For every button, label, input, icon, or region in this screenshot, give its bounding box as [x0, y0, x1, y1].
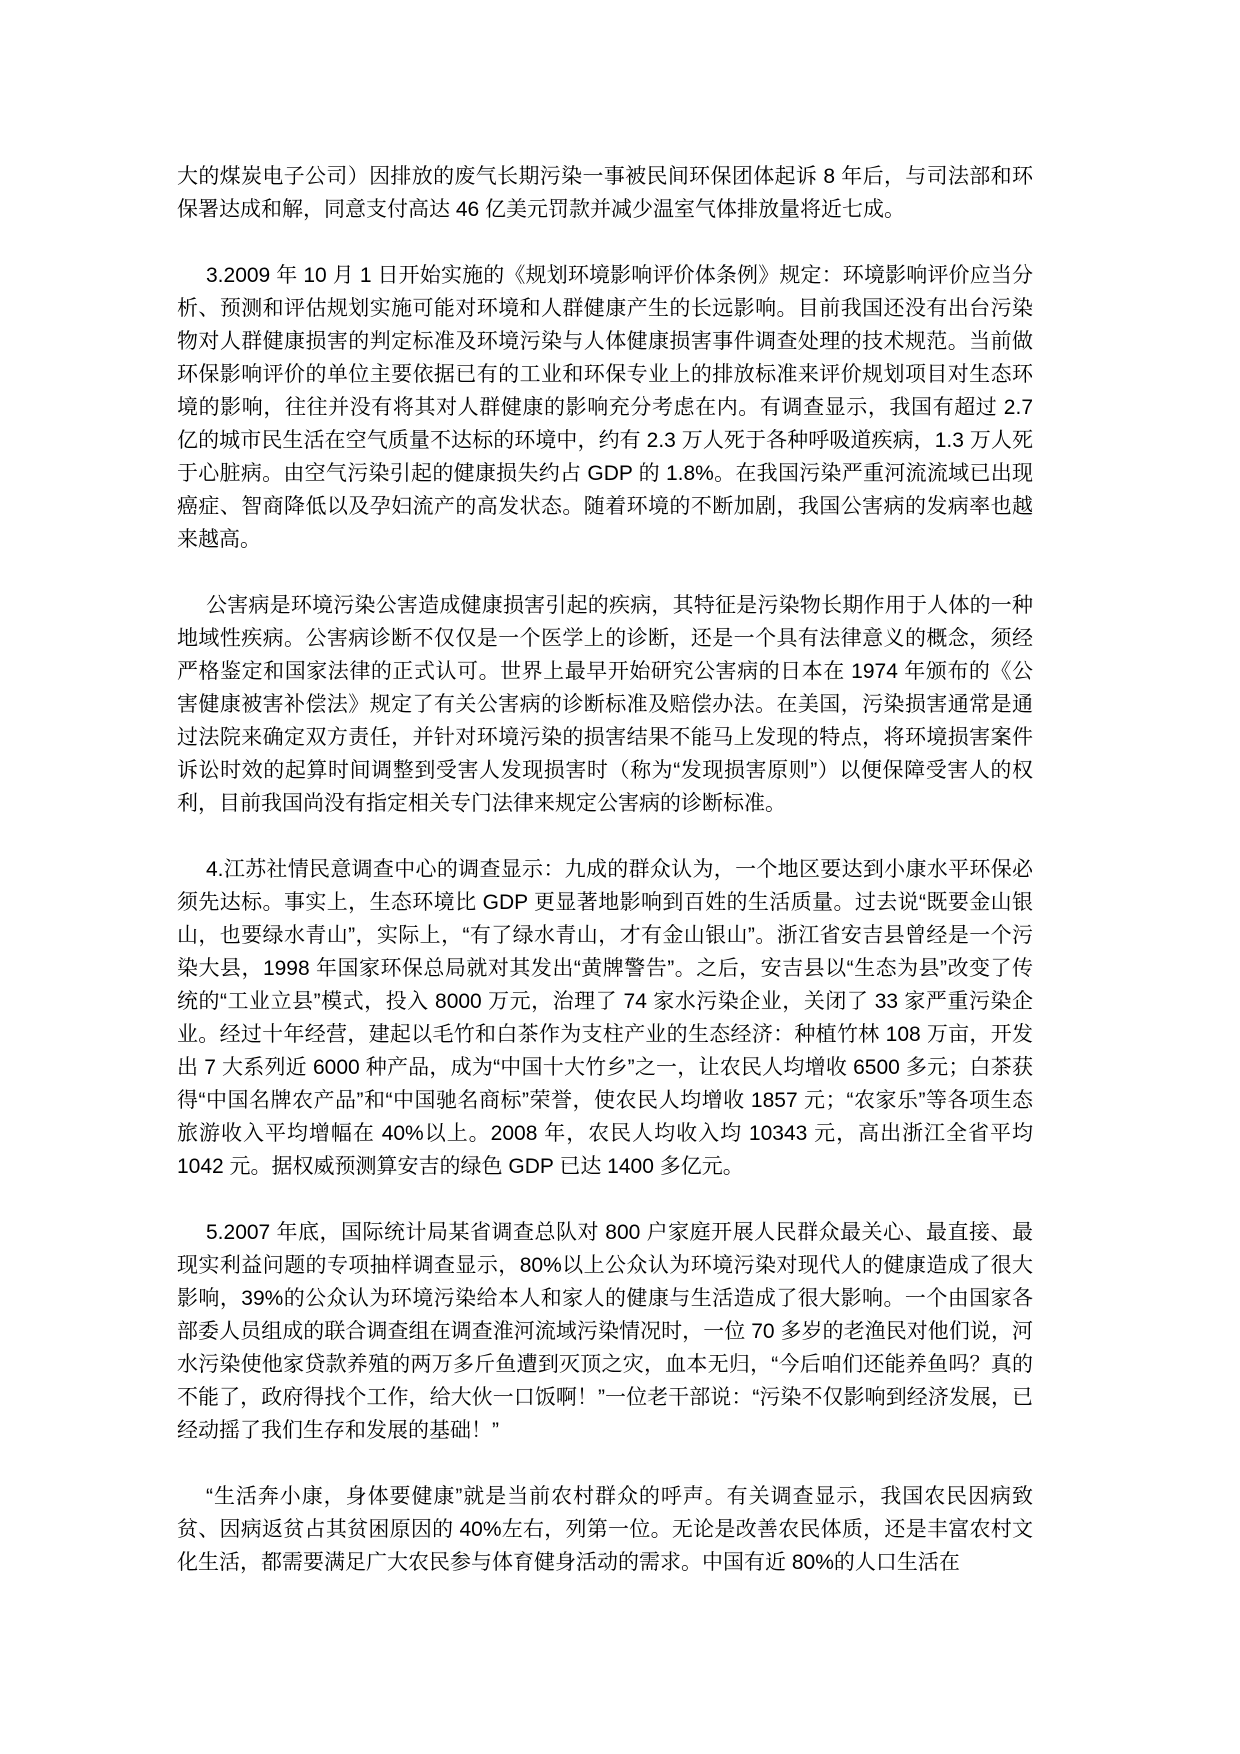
paragraph-5: 5.2007 年底，国际统计局某省调查总队对 800 户家庭开展人民群众最关心、…: [177, 1216, 1033, 1447]
document-body: 大的煤炭电子公司）因排放的废气长期污染一事被民间环保团体起诉 8 年后，与司法部…: [177, 160, 1033, 1579]
paragraph-2: 3.2009 年 10 月 1 日开始实施的《规划环境影响评价体条例》规定：环境…: [177, 259, 1033, 556]
document-page: 大的煤炭电子公司）因排放的废气长期污染一事被民间环保团体起诉 8 年后，与司法部…: [0, 0, 1240, 1754]
paragraph-4: 4.江苏社情民意调查中心的调查显示：九成的群众认为，一个地区要达到小康水平环保必…: [177, 853, 1033, 1183]
paragraph-1: 大的煤炭电子公司）因排放的废气长期污染一事被民间环保团体起诉 8 年后，与司法部…: [177, 160, 1033, 226]
paragraph-6: “生活奔小康，身体要健康”就是当前农村群众的呼声。有关调查显示，我国农民因病致贫…: [177, 1480, 1033, 1579]
paragraph-3: 公害病是环境污染公害造成健康损害引起的疾病，其特征是污染物长期作用于人体的一种地…: [177, 589, 1033, 820]
